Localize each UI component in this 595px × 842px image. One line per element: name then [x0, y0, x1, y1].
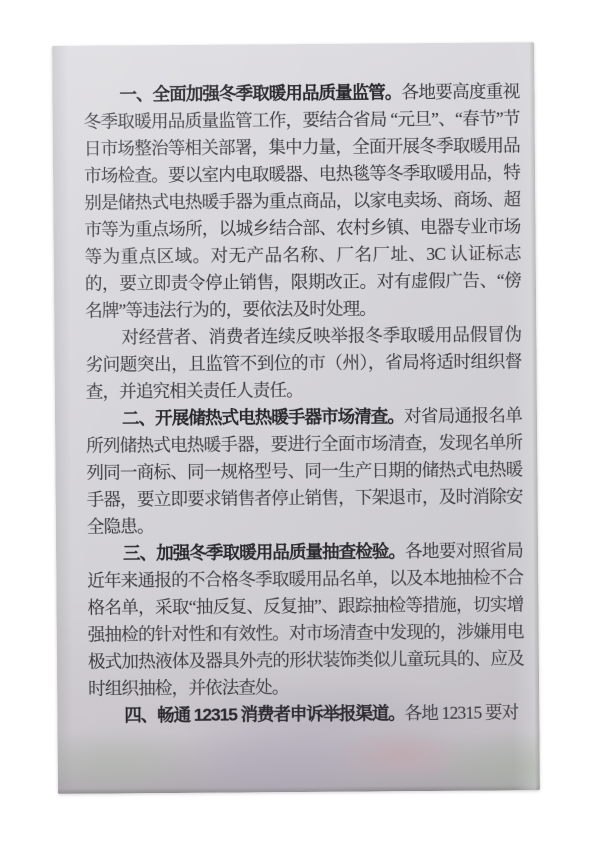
paragraph-5-heading: 四、畅通 12315 消费者申诉举报渠道。 [124, 703, 404, 725]
paragraph-4: 三、加强冬季取暖用品质量抽查检验。各地要对照省局近年来通报的不合格冬季取暖用品名… [87, 537, 524, 702]
document-photo: 一、全面加强冬季取暖用品质量监管。各地要高度重视冬季取暖用品质量监管工作，要结合… [52, 42, 540, 794]
paragraph-2: 对经营者、消费者连续反映举报冬季取暖用品假冒伪劣问题突出，且监管不到位的市（州）… [85, 321, 522, 405]
paragraph-1-body: 各地要高度重视冬季取暖用品质量监管工作，要结合省局 “元旦”、“春节”节日市场整… [84, 81, 521, 320]
paragraph-3-heading: 二、开展储热式电热暖手器市场清查。 [122, 406, 404, 428]
document-text-block: 一、全面加强冬季取暖用品质量监管。各地要高度重视冬季取暖用品质量监管工作，要结合… [83, 78, 524, 729]
paragraph-2-body: 对经营者、消费者连续反映举报冬季取暖用品假冒伪劣问题突出，且监管不到位的市（州）… [85, 324, 521, 401]
screenshot-canvas: 一、全面加强冬季取暖用品质量监管。各地要高度重视冬季取暖用品质量监管工作，要结合… [0, 0, 595, 842]
paragraph-3: 二、开展储热式电热暖手器市场清查。对省局通报名单所列储热式电热暖手器，要进行全面… [86, 402, 523, 540]
paragraph-1: 一、全面加强冬季取暖用品质量监管。各地要高度重视冬季取暖用品质量监管工作，要结合… [83, 78, 521, 324]
paragraph-5: 四、畅通 12315 消费者申诉举报渠道。各地 12315 要对 [88, 699, 524, 729]
paragraph-5-body: 各地 12315 要对 [405, 702, 519, 723]
paragraph-1-heading: 一、全面加强冬季取暖用品质量监管。 [119, 82, 401, 104]
paragraph-4-body: 各地要对照省局近年来通报的不合格冬季取暖用品名单，以及本地抽检不合格名单，采取“… [87, 540, 524, 698]
paragraph-4-heading: 三、加强冬季取暖用品质量抽查检验。 [123, 541, 405, 563]
